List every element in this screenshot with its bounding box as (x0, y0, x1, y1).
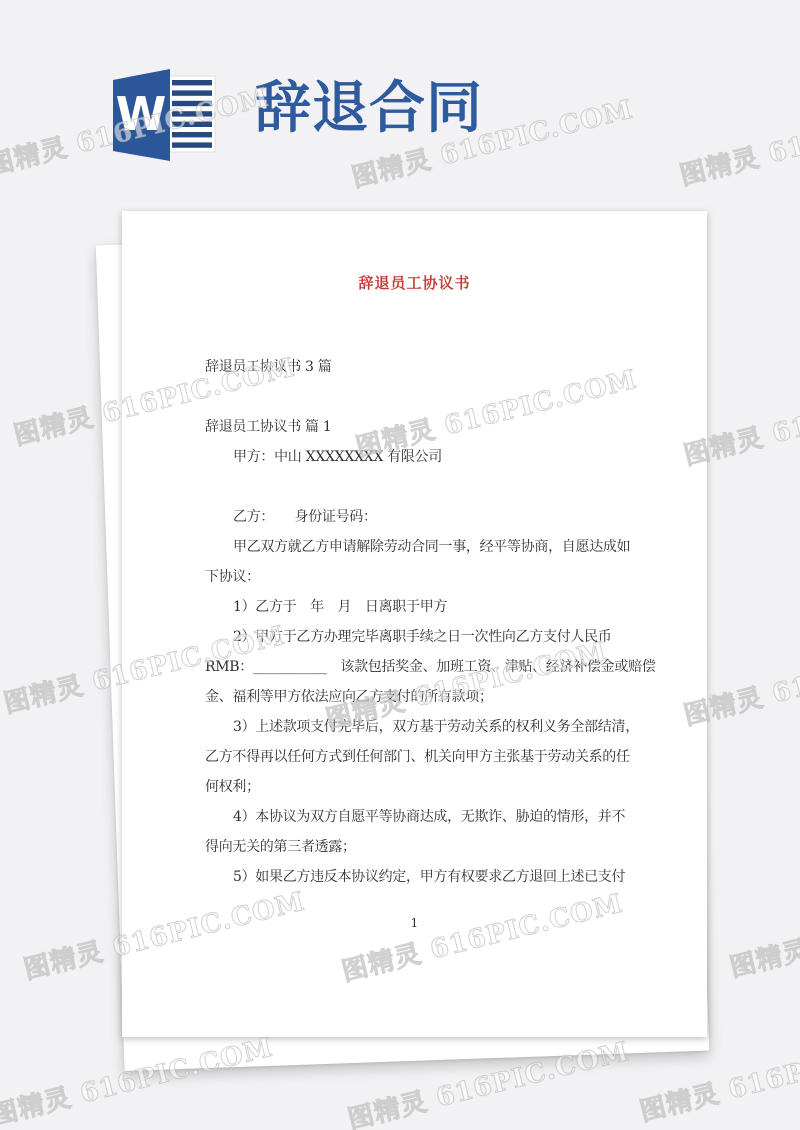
document-body: 辞退员工协议书 3 篇辞退员工协议书 篇 1甲方：中山 XXXXXXXX 有限公… (205, 352, 651, 892)
document-line: 下协议： (205, 562, 651, 592)
document-page: 辞退员工协议书 辞退员工协议书 3 篇辞退员工协议书 篇 1甲方：中山 XXXX… (122, 211, 707, 1037)
page-background: W 辞退合同 辞退员工协议书 辞退员工协议书 3 篇辞退员工协议书 篇 1甲方：… (0, 0, 800, 1130)
document-line: 得向无关的第三者透露； (205, 832, 651, 862)
document-line: 乙方： 身份证号码： (205, 502, 651, 532)
page-title: 辞退合同 (255, 80, 483, 136)
page-number: 1 (122, 908, 707, 938)
word-letter: W (116, 87, 167, 141)
document-line: 乙方不得再以任何方式到任何部门、机关向甲方主张基于劳动关系的任 (205, 742, 651, 772)
document-line: 辞退员工协议书 篇 1 (205, 412, 651, 442)
document-line: RMB：___________ 该款包括奖金、加班工资、津贴、经济补偿金或赔偿 (205, 652, 651, 682)
watermark-text: 图精灵 616PIC.COM (676, 87, 800, 193)
document-line: 何权利； (205, 772, 651, 802)
document-line: 甲方：中山 XXXXXXXX 有限公司 (205, 442, 651, 472)
document-line: 金、福利等甲方依法应向乙方支付的所有款项； (205, 682, 651, 712)
document-line: 1）乙方于 年 月 日离职于甲方 (205, 592, 651, 622)
watermark-text: 图精灵 616PIC.COM (726, 879, 800, 985)
document-line: 甲乙双方就乙方申请解除劳动合同一事，经平等协商，自愿达成如 (205, 532, 651, 562)
document-heading: 辞退员工协议书 (122, 268, 707, 298)
document-line: 2）甲方于乙方办理完毕离职手续之日一次性向乙方支付人民币 (205, 622, 651, 652)
document-line: 3）上述款项支付完毕后，双方基于劳动关系的权利义务全部结清， (205, 712, 651, 742)
document-line: 4）本协议为双方自愿平等协商达成，无欺诈、胁迫的情形，并不 (205, 802, 651, 832)
word-document-sheet (169, 76, 215, 152)
word-icon: W (105, 64, 219, 164)
document-line: 辞退员工协议书 3 篇 (205, 352, 651, 382)
document-line: 5）如果乙方违反本协议约定，甲方有权要求乙方退回上述已支付 (205, 862, 651, 892)
